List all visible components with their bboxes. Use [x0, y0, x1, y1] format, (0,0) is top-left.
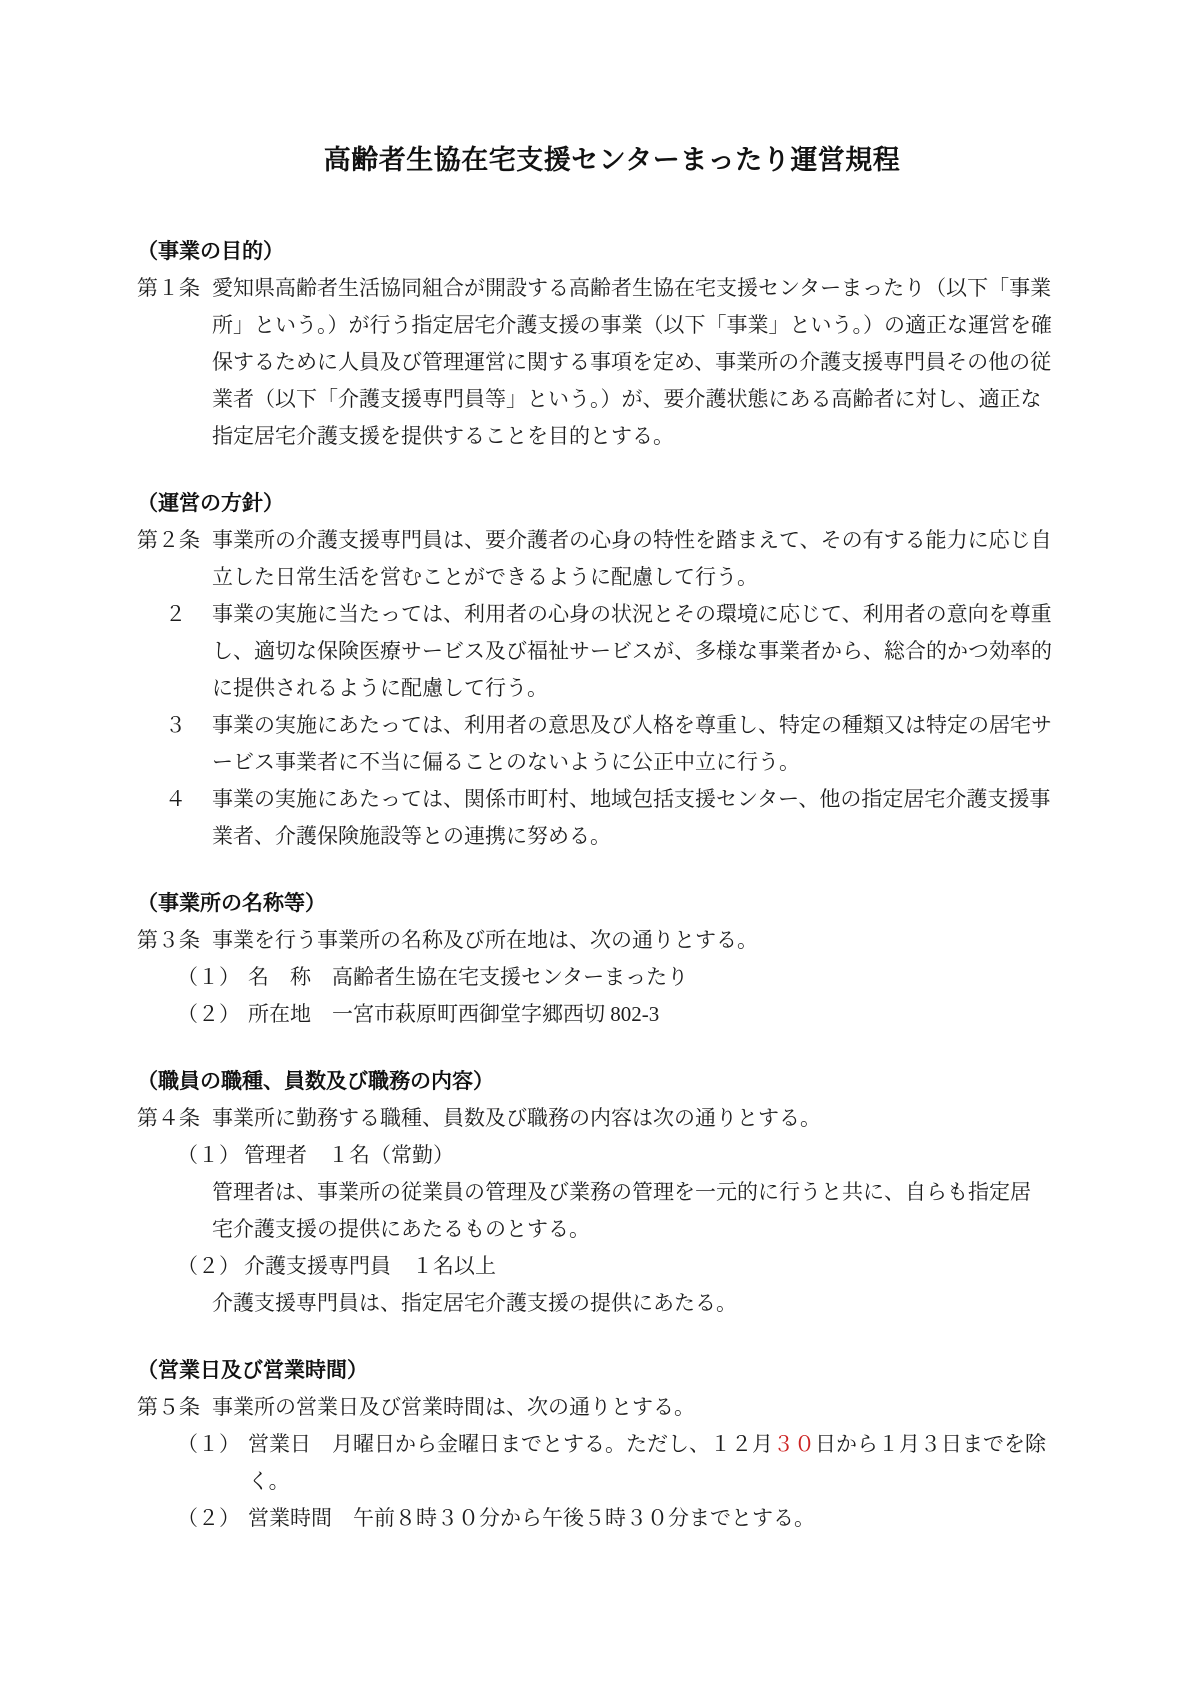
section-business-purpose: （事業の目的） 第１条愛知県高齢者生活協同組合が開設する高齢者生協在宅支援センタ… [137, 233, 1087, 455]
description-text: 管理者は、事業所の従業員の管理及び業務の管理を一元的に行うと共に、自らも指定居 … [212, 1180, 1031, 1241]
article-2-paragraph-4: ４事業の実施にあたっては、関係市町村、地域包括支援センター、他の指定居宅介護支援… [137, 781, 1087, 855]
article-text: 事業所に勤務する職種、員数及び職務の内容は次の通りとする。 [212, 1106, 821, 1130]
article-text: 事業所の営業日及び営業時間は、次の通りとする。 [212, 1395, 695, 1419]
section-business-hours: （営業日及び営業時間） 第５条事業所の営業日及び営業時間は、次の通りとする。 （… [137, 1352, 1087, 1537]
article-number: 第２条 [137, 522, 212, 559]
item-text: 管理者 １名（常勤） [244, 1143, 454, 1167]
item-text: 営業時間 午前８時３０分から午後５時３０分までとする。 [248, 1506, 815, 1530]
item-number: （１） [177, 959, 248, 996]
item-number: （２） [177, 1500, 248, 1537]
paragraph-number: ２ [165, 596, 212, 633]
section-operation-policy: （運営の方針） 第２条事業所の介護支援専門員は、要介護者の心身の特性を踏まえて、… [137, 485, 1087, 855]
paragraph-number: ４ [165, 781, 212, 818]
item-text: 介護支援専門員 １名以上 [244, 1254, 496, 1278]
article-2-paragraph-3: ３事業の実施にあたっては、利用者の意思及び人格を尊重し、特定の種類又は特定の居宅… [137, 707, 1087, 781]
article-text: 事業所の介護支援専門員は、要介護者の心身の特性を踏まえて、その有する能力に応じ自… [212, 528, 1052, 589]
paragraph-number: ３ [165, 707, 212, 744]
article-2-paragraph-2: ２事業の実施に当たっては、利用者の心身の状況とその環境に応じて、利用者の意向を尊… [137, 596, 1087, 707]
article-5-item-1-business-days: （１）営業日 月曜日から金曜日までとする。ただし、１２月３０日から１月３日までを… [137, 1426, 1087, 1500]
article-4: 第４条事業所に勤務する職種、員数及び職務の内容は次の通りとする。 [137, 1100, 1087, 1137]
section-heading: （職員の職種、員数及び職務の内容） [137, 1063, 1087, 1100]
document-title: 高齢者生協在宅支援センターまったり運営規程 [137, 140, 1087, 180]
paragraph-text: 事業の実施にあたっては、関係市町村、地域包括支援センター、他の指定居宅介護支援事… [212, 787, 1050, 848]
article-number: 第４条 [137, 1100, 212, 1137]
article-3-item-2-address: （２）所在地 一宮市萩原町西御堂字郷西切 802-3 [137, 996, 1087, 1033]
section-office-name: （事業所の名称等） 第３条事業を行う事業所の名称及び所在地は、次の通りとする。 … [137, 885, 1087, 1033]
paragraph-text: 事業の実施に当たっては、利用者の心身の状況とその環境に応じて、利用者の意向を尊重… [212, 602, 1052, 700]
article-5: 第５条事業所の営業日及び営業時間は、次の通りとする。 [137, 1389, 1087, 1426]
article-4-item-1-manager: （１）管理者 １名（常勤） [137, 1137, 1087, 1174]
item-number: （１） [177, 1426, 248, 1463]
section-heading: （事業所の名称等） [137, 885, 1087, 922]
section-heading: （事業の目的） [137, 233, 1087, 270]
article-4-item-2-care-manager: （２）介護支援専門員 １名以上 [137, 1248, 1087, 1285]
paragraph-text: 事業の実施にあたっては、利用者の意思及び人格を尊重し、特定の種類又は特定の居宅サ… [212, 713, 1052, 774]
item-number: （２） [177, 1248, 244, 1285]
article-5-item-2-business-hours: （２）営業時間 午前８時３０分から午後５時３０分までとする。 [137, 1500, 1087, 1537]
section-staff: （職員の職種、員数及び職務の内容） 第４条事業所に勤務する職種、員数及び職務の内… [137, 1063, 1087, 1322]
item-text-before-highlight: 営業日 月曜日から金曜日までとする。ただし、１２月 [248, 1432, 773, 1456]
article-3: 第３条事業を行う事業所の名称及び所在地は、次の通りとする。 [137, 922, 1087, 959]
article-4-item-2-description: 介護支援専門員は、指定居宅介護支援の提供にあたる。 [137, 1285, 1087, 1322]
article-1: 第１条愛知県高齢者生活協同組合が開設する高齢者生協在宅支援センターまったり（以下… [137, 270, 1087, 455]
highlighted-date: ３０ [773, 1432, 815, 1456]
article-text: 愛知県高齢者生活協同組合が開設する高齢者生協在宅支援センターまったり（以下「事業… [212, 276, 1052, 448]
item-number: （２） [177, 996, 248, 1033]
section-heading: （営業日及び営業時間） [137, 1352, 1087, 1389]
item-text: 名 称 高齢者生協在宅支援センターまったり [248, 965, 688, 989]
article-text: 事業を行う事業所の名称及び所在地は、次の通りとする。 [212, 928, 758, 952]
item-text: 所在地 一宮市萩原町西御堂字郷西切 802-3 [248, 1002, 659, 1026]
article-number: 第５条 [137, 1389, 212, 1426]
article-number: 第３条 [137, 922, 212, 959]
article-3-item-1-name: （１）名 称 高齢者生協在宅支援センターまったり [137, 959, 1087, 996]
article-4-item-1-description: 管理者は、事業所の従業員の管理及び業務の管理を一元的に行うと共に、自らも指定居 … [137, 1174, 1087, 1248]
section-heading: （運営の方針） [137, 485, 1087, 522]
article-number: 第１条 [137, 270, 212, 307]
article-2: 第２条事業所の介護支援専門員は、要介護者の心身の特性を踏まえて、その有する能力に… [137, 522, 1087, 596]
document-page: 高齢者生協在宅支援センターまったり運営規程 （事業の目的） 第１条愛知県高齢者生… [0, 0, 1191, 1684]
item-number: （１） [177, 1137, 244, 1174]
description-text: 介護支援専門員は、指定居宅介護支援の提供にあたる。 [212, 1291, 737, 1315]
